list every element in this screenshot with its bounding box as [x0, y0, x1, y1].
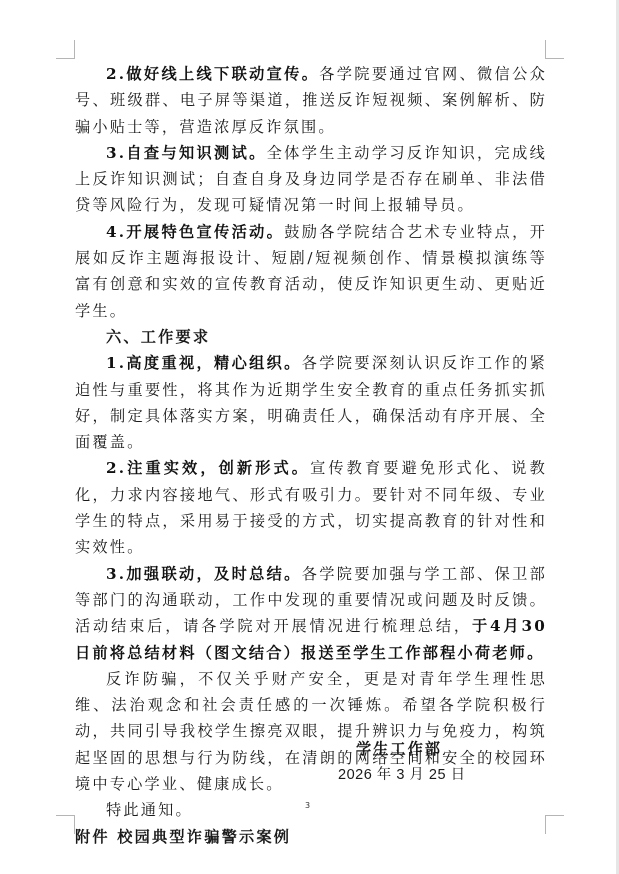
- requirement-lead: 2.注重实效，创新形式。: [106, 459, 310, 477]
- notice-end: 特此通知。: [75, 797, 547, 823]
- document-body: 2.做好线上线下联动宣传。各学院要通过官网、微信公众号、班级群、电子屏等渠道，推…: [75, 61, 547, 850]
- requirement-item: 2.注重实效，创新形式。宣传教育要避免形式化、说教化，力求内容接地气、形式有吸引…: [75, 455, 547, 560]
- requirement-item: 1.高度重视，精心组织。各学院要深刻认识反诈工作的紧迫性与重要性，将其作为近期学…: [75, 350, 547, 455]
- paragraph-special-activities: 4.开展特色宣传活动。鼓励各学院结合艺术专业特点，开展如反诈主题海报设计、短剧/…: [75, 219, 547, 324]
- signature-department: 学生工作部: [356, 737, 442, 761]
- paragraph-lead: 4.开展特色宣传活动。: [106, 223, 284, 241]
- crop-mark-top-left: [56, 40, 75, 59]
- crop-mark-top-right: [545, 40, 564, 59]
- section-heading: 六、工作要求: [75, 324, 547, 350]
- paragraph-lead: 2.做好线上线下联动宣传。: [106, 65, 319, 83]
- requirement-lead: 1.高度重视，精心组织。: [106, 354, 302, 372]
- crop-mark-bottom-right: [545, 815, 564, 834]
- crop-mark-bottom-left: [56, 815, 75, 834]
- requirement-item: 3.加强联动，及时总结。各学院要加强与学工部、保卫部等部门的沟通联动，工作中发现…: [75, 561, 547, 666]
- attachment-line: 附件 校园典型诈骗警示案例: [75, 824, 547, 850]
- closing-paragraph: 反诈防骗，不仅关乎财产安全，更是对青年学生理性思维、法治观念和社会责任感的一次锤…: [75, 666, 547, 797]
- paragraph-online-offline-promotion: 2.做好线上线下联动宣传。各学院要通过官网、微信公众号、班级群、电子屏等渠道，推…: [75, 61, 547, 140]
- signature-date: 2026 年 3 月 25 日: [338, 763, 466, 787]
- requirement-lead: 3.加强联动，及时总结。: [106, 565, 302, 583]
- page-number: 3: [305, 800, 310, 812]
- paragraph-lead: 3.自查与知识测试。: [106, 144, 267, 162]
- paragraph-self-check-test: 3.自查与知识测试。全体学生主动学习反诈知识，完成线上反诈知识测试；自查自身及身…: [75, 140, 547, 219]
